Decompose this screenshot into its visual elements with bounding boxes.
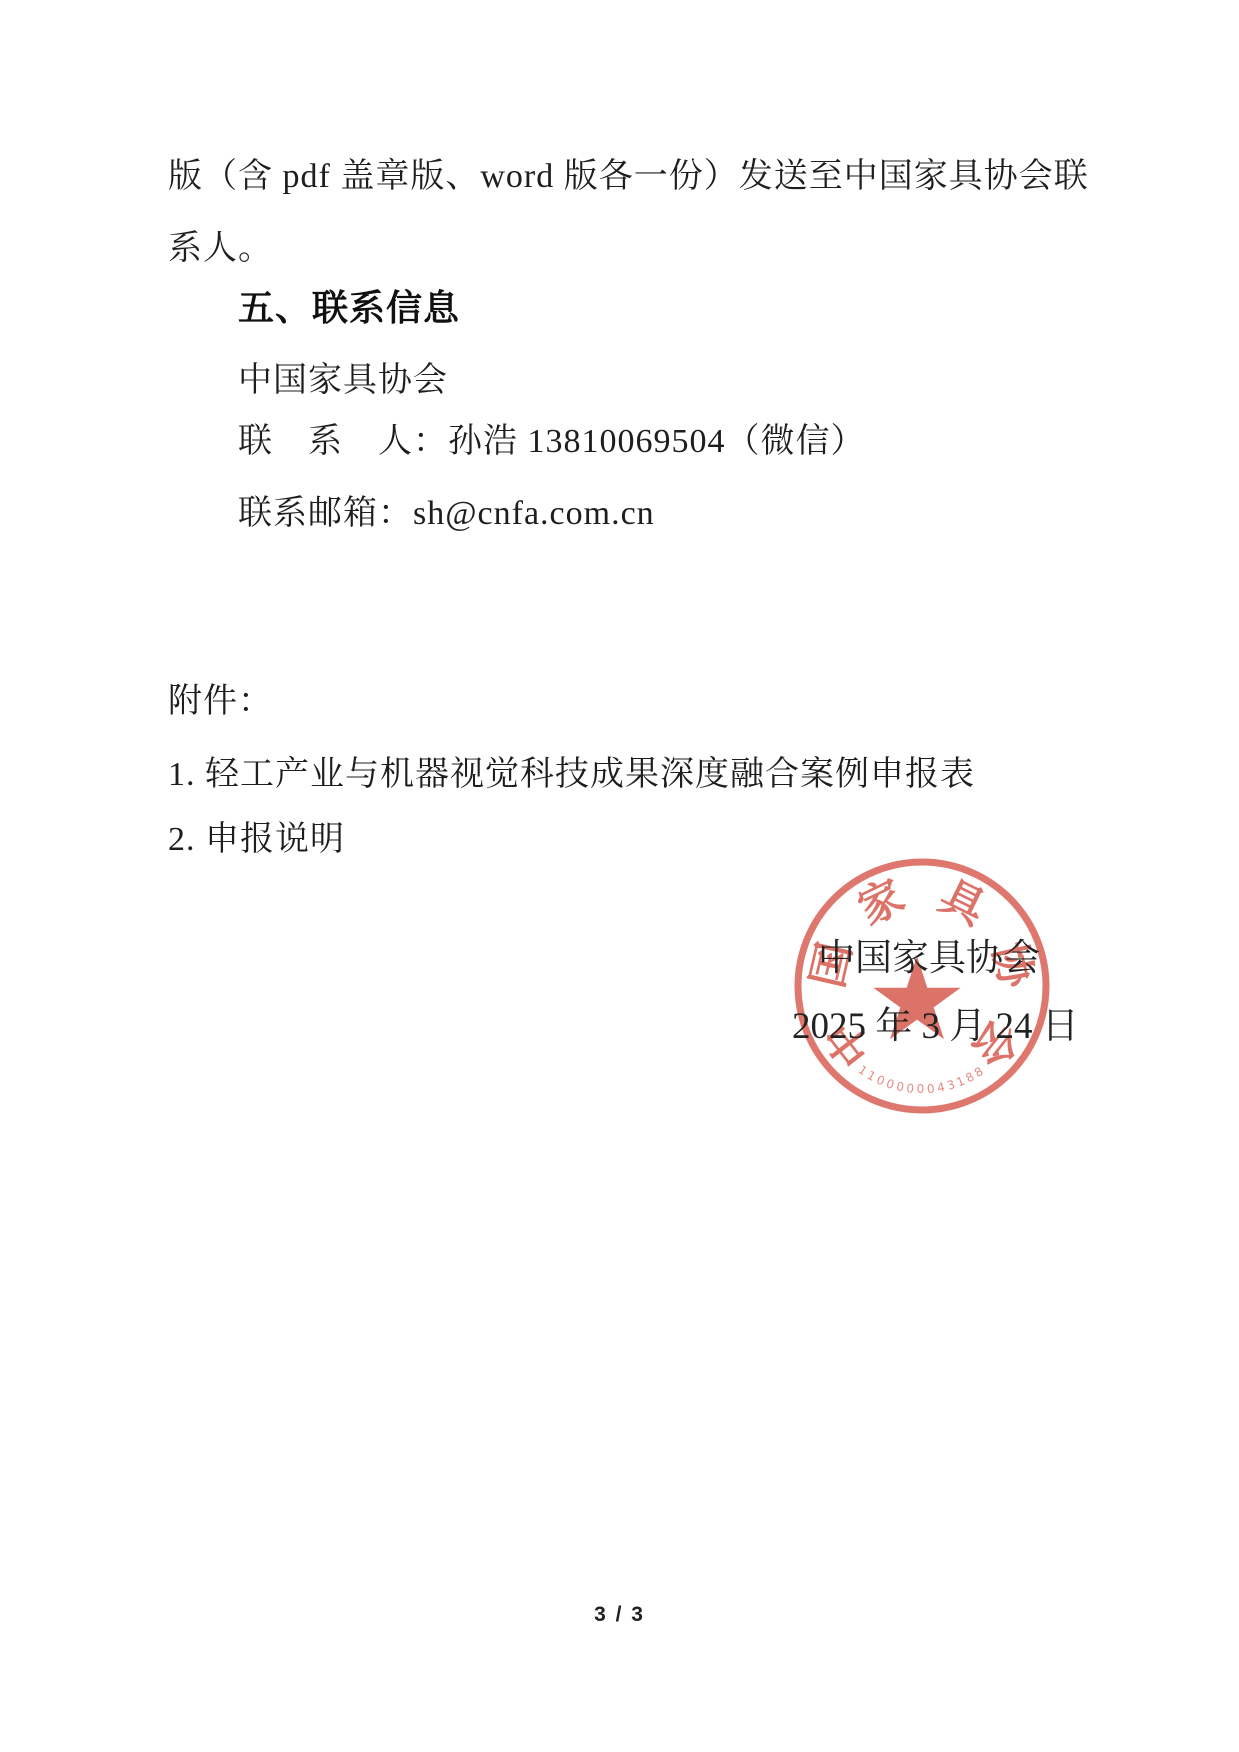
official-seal-stamp: 中 国 家 具 协 会 1100000043188	[786, 850, 1058, 1122]
attachment-item: 2. 申报说明	[168, 811, 345, 860]
page-number: 3 / 3	[0, 1603, 1239, 1627]
section-heading: 五、联系信息	[238, 280, 460, 331]
attachment-item: 1. 轻工产业与机器视觉科技成果深度融合案例申报表	[168, 746, 975, 795]
contact-person: 联 系 人：孙浩 13810069504（微信）	[238, 413, 866, 462]
paragraph-line: 系人。	[168, 220, 273, 269]
signature-org: 中国家具协会	[818, 927, 1040, 981]
contact-email: 联系邮箱：sh@cnfa.com.cn	[238, 485, 655, 534]
document-page: 版（含 pdf 盖章版、word 版各一份）发送至中国家具协会联 系人。 五、联…	[0, 0, 1239, 1752]
seal-graphic: 中 国 家 具 协 会 1100000043188	[786, 850, 1058, 1122]
attachments-label: 附件：	[168, 673, 273, 722]
contact-org: 中国家具协会	[238, 352, 448, 401]
seal-serial-number: 1100000043188	[856, 1063, 989, 1097]
signature-date: 2025 年 3 月 24 日	[792, 995, 1079, 1049]
paragraph-line: 版（含 pdf 盖章版、word 版各一份）发送至中国家具协会联	[168, 148, 1089, 197]
svg-text:1100000043188: 1100000043188	[856, 1063, 989, 1097]
